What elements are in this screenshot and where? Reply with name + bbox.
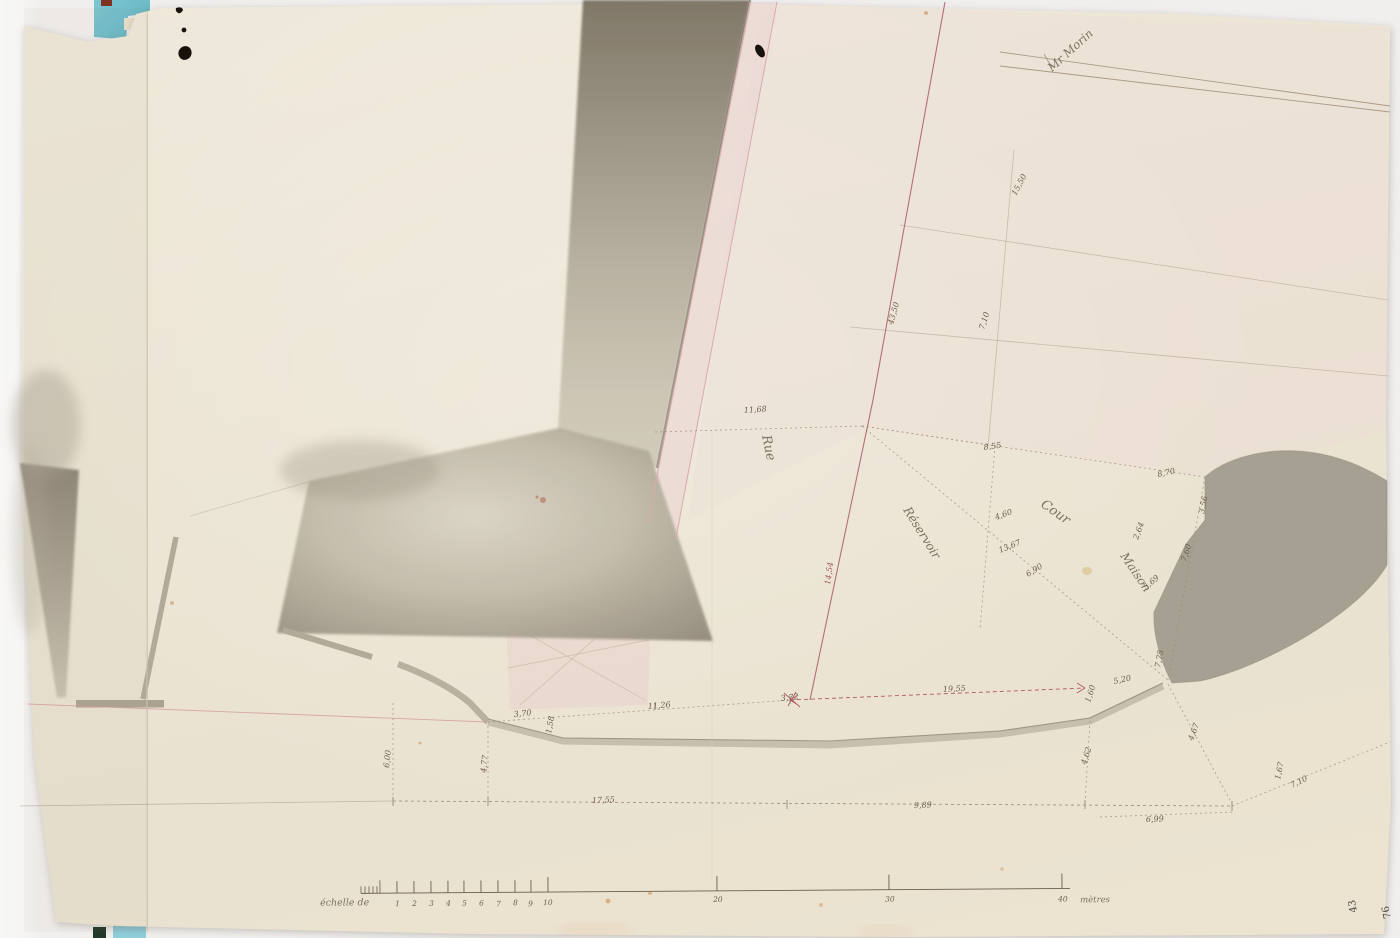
- ink-blot-1: [176, 7, 183, 13]
- dim-6-00: 6,00: [382, 750, 393, 769]
- scale-num-2: 2: [411, 899, 417, 908]
- dim-8-55: 8,55: [983, 441, 1002, 452]
- dim-11-26: 11,26: [647, 700, 671, 711]
- scale-unit-ticks: [397, 873, 1062, 893]
- dim-14-54: 14,54: [823, 561, 835, 585]
- scale-num-4: 4: [445, 899, 451, 908]
- scale-num-9: 9: [528, 899, 533, 908]
- dim-6-90: 6,90: [1024, 562, 1044, 579]
- plan-drawing: échelle de 1 2 3 4 5 6 7 8 9 10 20 30 40…: [0, 0, 1400, 938]
- dim-11-68: 11,68: [744, 404, 767, 415]
- wash-smudge: [280, 440, 440, 500]
- pink-base-line: [28, 704, 487, 722]
- dim-4-62: 4,62: [1079, 746, 1093, 767]
- scale-num-7: 7: [496, 899, 501, 908]
- scale-num-1: 1: [395, 899, 400, 908]
- dim-4-67: 4,67: [1186, 721, 1201, 743]
- scale-num-3: 3: [429, 899, 434, 908]
- dim-3-70: 3,70: [513, 708, 532, 719]
- construction-4: [190, 482, 308, 516]
- archival-number-2: 76: [1381, 905, 1394, 920]
- dim-4-60: 4,60: [993, 507, 1014, 522]
- left-smudge-2: [12, 445, 48, 635]
- scale-num-40: 40: [1057, 894, 1068, 903]
- scale-baseline: [361, 888, 1070, 893]
- dim-2-64: 2,64: [1131, 521, 1146, 542]
- wall-left-2: [143, 537, 176, 699]
- scale-caption: échelle de: [320, 897, 370, 908]
- label-reservoir: Réservoir: [900, 503, 944, 562]
- ink-blot-2: [182, 28, 187, 33]
- scale-metres-label: mètres: [1080, 894, 1111, 905]
- dim-3-72: 3,72: [780, 692, 799, 703]
- dim-17-55: 17,55: [592, 795, 615, 805]
- scale-num-30: 30: [885, 895, 895, 904]
- scale-bar: échelle de 1 2 3 4 5 6 7 8 9 10 20 30 40…: [320, 873, 1111, 911]
- scale-num-20: 20: [712, 895, 723, 904]
- scale-fine-ticks: [361, 880, 380, 893]
- label-cour: Cour: [1038, 497, 1074, 528]
- bottom-dim-line: [393, 801, 1232, 806]
- scale-num-8: 8: [513, 898, 518, 907]
- red-dim-line: [790, 688, 1085, 700]
- ink-blot-3: [176, 44, 194, 62]
- dim-7-10b: 7,10: [1289, 774, 1309, 790]
- bottom-dim-line-left: [20, 801, 393, 806]
- curved-wall: [398, 664, 488, 722]
- scale-num-6: 6: [479, 899, 484, 908]
- dim-13-67: 13,67: [997, 538, 1022, 555]
- dim-9-89: 9,89: [914, 800, 932, 810]
- red-dim-arrows: [784, 683, 1085, 707]
- scale-num-10: 10: [543, 898, 553, 907]
- dim-19-55: 19,55: [943, 684, 966, 694]
- dim-1-67: 1,67: [1273, 760, 1286, 780]
- dim-1-58: 1,58: [544, 715, 556, 734]
- archival-number-1: 43: [1347, 899, 1360, 913]
- parcel-pink-tint: [688, 2, 1388, 520]
- scanned-site-plan: échelle de 1 2 3 4 5 6 7 8 9 10 20 30 40…: [0, 0, 1400, 938]
- dim-1-60: 1,60: [1083, 684, 1097, 704]
- dim-5-20: 5,20: [1113, 673, 1132, 686]
- scale-num-5: 5: [462, 899, 467, 908]
- dim-6-99: 6,99: [1146, 814, 1164, 824]
